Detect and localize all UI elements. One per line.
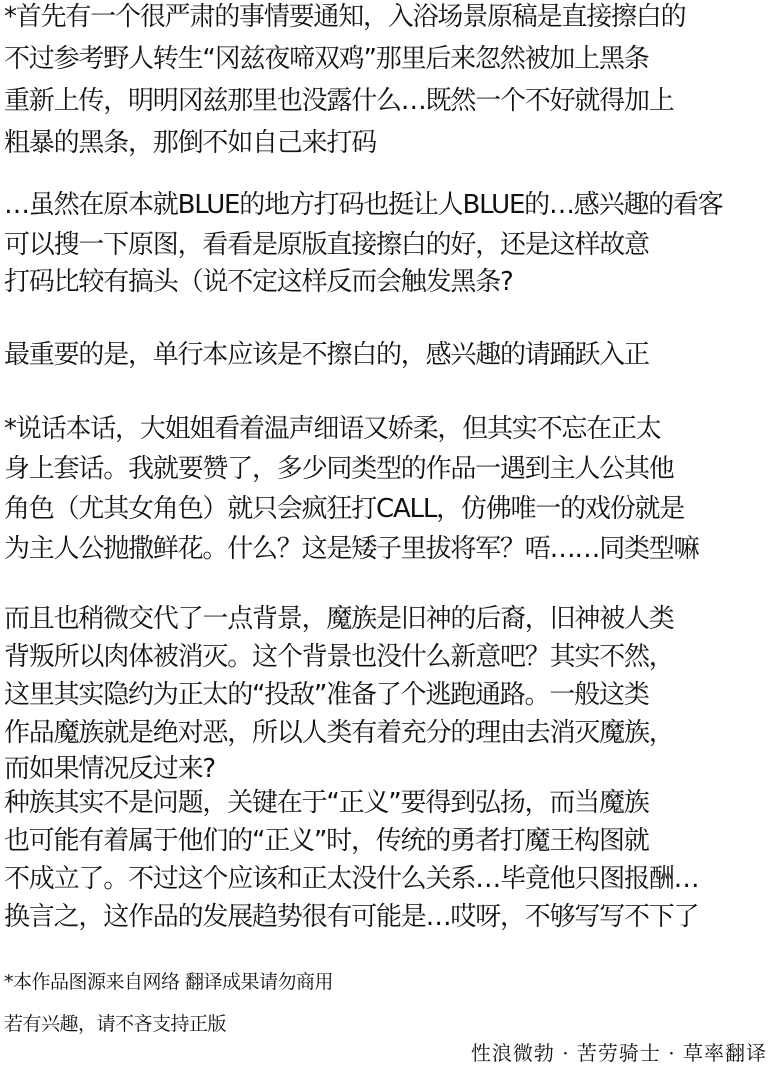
text-line: 作品魔族就是绝对恶，所以人类有着充分的理由去消灭魔族， <box>4 718 674 748</box>
text-line: 可以搜一下原图，看看是原版直接擦白的好，还是这样故意 <box>4 230 649 260</box>
text-line: 为主人公抛撒鲜花。什么？这是矮子里拔将军？唔……同类型嘛 <box>4 534 698 564</box>
text-line: 重新上传，明明冈兹那里也没露什么…既然一个不好就得加上 <box>4 86 674 116</box>
text-line: 而如果情况反过来? <box>4 754 215 784</box>
text-line: 粗暴的黑条，那倒不如自己来打码 <box>4 128 376 158</box>
translator-credits: 性浪微勃 · 苦劳骑士 · 草率翻译 <box>471 1040 767 1066</box>
support-notice: 若有兴趣，请不吝支持正版 <box>4 1012 226 1036</box>
text-line: …虽然在原本就BLUE的地方打码也挺让人BLUE的…感兴趣的看客 <box>4 190 723 220</box>
text-line: 最重要的是，单行本应该是不擦白的，感兴趣的请踊跃入正 <box>4 340 649 370</box>
text-line: 种族其实不是问题，关键在于“正义”要得到弘扬，而当魔族 <box>4 788 649 818</box>
text-line: *首先有一个很严肃的事情要通知，入浴场景原稿是直接擦白的 <box>4 2 685 32</box>
text-line: 不成立了。不过这个应该和正太没什么关系…毕竟他只图报酬… <box>4 864 698 894</box>
text-line: 背叛所以肉体被消灭。这个背景也没什么新意吧？其实不然， <box>4 642 674 672</box>
text-line: 换言之，这作品的发展趋势很有可能是…哎呀，不够写写不下了 <box>4 902 698 932</box>
text-line: 角色（尤其女角色）就只会疯狂打CALL，仿佛唯一的戏份就是 <box>4 494 684 524</box>
text-line: 也可能有着属于他们的“正义”时，传统的勇者打魔王构图就 <box>4 826 649 856</box>
text-line: 身上套话。我就要赞了，多少同类型的作品一遇到主人公其他 <box>4 454 674 484</box>
text-line: 打码比较有搞头（说不定这样反而会触发黑条? <box>4 267 513 297</box>
text-line: 不过参考野人转生“冈兹夜啼双鸡”那里后来忽然被加上黑条 <box>4 44 649 74</box>
text-line: 而且也稍微交代了一点背景，魔族是旧神的后裔，旧神被人类 <box>4 604 674 634</box>
text-line: 这里其实隐约为正太的“投敌”准备了个逃跑通路。一般这类 <box>4 680 649 710</box>
translator-notes-page: *首先有一个很严肃的事情要通知，入浴场景原稿是直接擦白的 不过参考野人转生“冈兹… <box>0 0 777 1079</box>
text-line: *说话本话，大姐姐看着温声细语又娇柔，但其实不忘在正太 <box>4 414 661 444</box>
copyright-notice: *本作品图源来自网络 翻译成果请勿商用 <box>4 970 333 994</box>
